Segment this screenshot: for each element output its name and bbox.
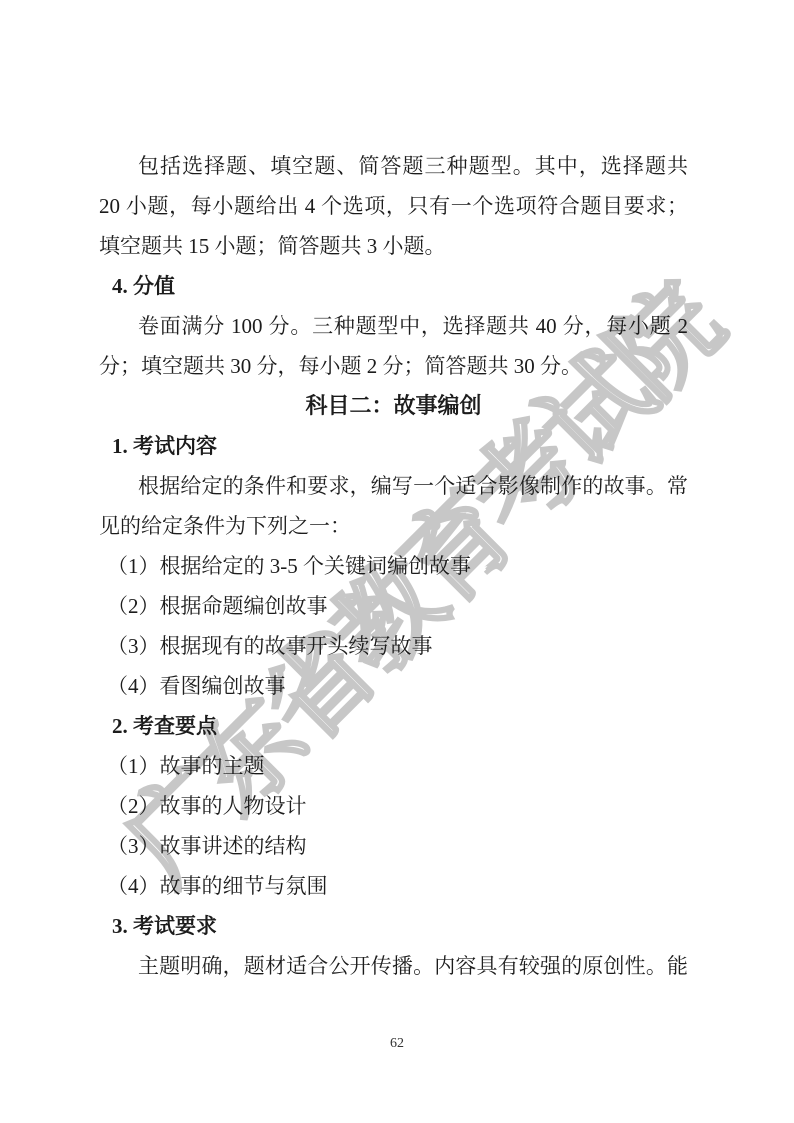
condition-item-3: （3）根据现有的故事开头续写故事 [99, 626, 688, 666]
para-score-line-2: 分；填空题共 30 分，每小题 2 分；简答题共 30 分。 [99, 346, 688, 386]
heading-exam-requirements: 3. 考试要求 [99, 906, 688, 946]
para-requirements-line-1: 主题明确，题材适合公开传播。内容具有较强的原创性。能 [99, 946, 688, 986]
para-exam-content-line-2: 见的给定条件为下列之一： [99, 506, 688, 546]
subject-two-title: 科目二：故事编创 [99, 386, 688, 426]
para-exam-content-line-1: 根据给定的条件和要求，编写一个适合影像制作的故事。常 [99, 466, 688, 506]
document-body: 包括选择题、填空题、简答题三种题型。其中，选择题共 20 小题，每小题给出 4 … [99, 146, 688, 986]
heading-exam-content: 1. 考试内容 [99, 426, 688, 466]
para-score-line-1: 卷面满分 100 分。三种题型中，选择题共 40 分，每小题 2 [99, 306, 688, 346]
assessment-item-3: （3）故事讲述的结构 [99, 826, 688, 866]
para-question-types-line-3: 填空题共 15 小题；简答题共 3 小题。 [99, 226, 688, 266]
condition-item-2: （2）根据命题编创故事 [99, 586, 688, 626]
document-page: 广东省教育考试院 包括选择题、填空题、简答题三种题型。其中，选择题共 20 小题… [0, 0, 794, 1123]
para-question-types-line-2: 20 小题，每小题给出 4 个选项，只有一个选项符合题目要求； [99, 186, 688, 226]
para-question-types-line-1: 包括选择题、填空题、简答题三种题型。其中，选择题共 [99, 146, 688, 186]
heading-score-value: 4. 分值 [99, 266, 688, 306]
heading-assessment-points: 2. 考查要点 [99, 706, 688, 746]
condition-item-1: （1）根据给定的 3-5 个关键词编创故事 [99, 546, 688, 586]
condition-item-4: （4）看图编创故事 [99, 666, 688, 706]
assessment-item-1: （1）故事的主题 [99, 746, 688, 786]
assessment-item-4: （4）故事的细节与氛围 [99, 866, 688, 906]
page-number: 62 [0, 1034, 794, 1054]
assessment-item-2: （2）故事的人物设计 [99, 786, 688, 826]
